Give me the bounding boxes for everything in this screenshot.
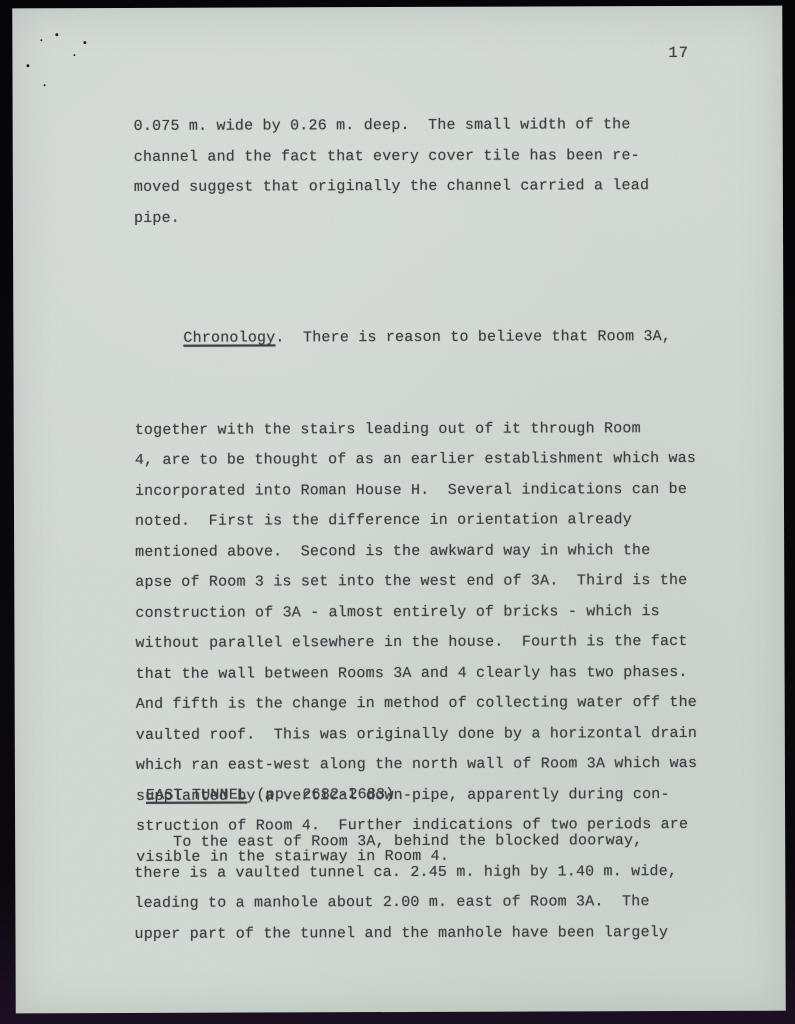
dust-speck: [26, 64, 29, 67]
chronology-heading: Chronology: [183, 329, 275, 346]
text-line: without parallel elsewhere in the house.…: [135, 627, 696, 659]
text-line: To the east of Room 3A, behind the block…: [134, 826, 677, 858]
text-line: which ran east-west along the north wall…: [136, 749, 697, 781]
dust-speck: [40, 39, 42, 41]
dust-speck: [55, 33, 58, 36]
chronology-lead-text: . There is reason to believe that Room 3…: [275, 328, 671, 346]
text-line: pipe.: [134, 202, 649, 234]
dust-speck: [44, 84, 46, 86]
text-line: upper part of the tunnel and the manhole…: [134, 918, 677, 950]
paragraph-east-tunnel: To the east of Room 3A, behind the block…: [134, 826, 677, 950]
east-tunnel-title: EAST TUNNEL: [146, 787, 247, 804]
text-line: And fifth is the change in method of col…: [136, 688, 697, 720]
paragraph-channel: 0.075 m. wide by 0.26 m. deep. The small…: [134, 110, 650, 234]
east-tunnel-pages: (pp. 2682-2683): [247, 786, 394, 804]
text-line: together with the stairs leading out of …: [135, 413, 696, 445]
text-line: apse of Room 3 is set into the west end …: [135, 566, 696, 598]
text-line: mentioned above. Second is the awkward w…: [135, 535, 696, 567]
text-line: that the wall between Rooms 3A and 4 cle…: [136, 657, 697, 689]
text-line: there is a vaulted tunnel ca. 2.45 m. hi…: [134, 857, 677, 889]
dust-speck: [73, 54, 75, 56]
text-line: 0.075 m. wide by 0.26 m. deep. The small…: [134, 110, 649, 142]
chronology-lead-line: Chronology. There is reason to believe t…: [134, 322, 695, 354]
text-line: channel and the fact that every cover ti…: [134, 141, 649, 173]
text-line: leading to a manhole about 2.00 m. east …: [134, 887, 677, 919]
text-line: 4, are to be thought of as an earlier es…: [135, 444, 696, 476]
page-number: 17: [668, 44, 689, 62]
text-line: construction of 3A - almost entirely of …: [135, 596, 696, 628]
east-tunnel-heading: EAST TUNNEL (pp. 2682-2683): [146, 780, 395, 811]
text-line: noted. First is the difference in orient…: [135, 505, 696, 537]
text-line: incorporated into Roman House H. Several…: [135, 474, 696, 506]
text-line: moved suggest that originally the channe…: [134, 171, 649, 203]
dust-speck: [83, 41, 86, 44]
document-page: 17 0.075 m. wide by 0.26 m. deep. The sm…: [12, 6, 786, 1014]
text-line: vaulted roof. This was originally done b…: [136, 718, 697, 750]
